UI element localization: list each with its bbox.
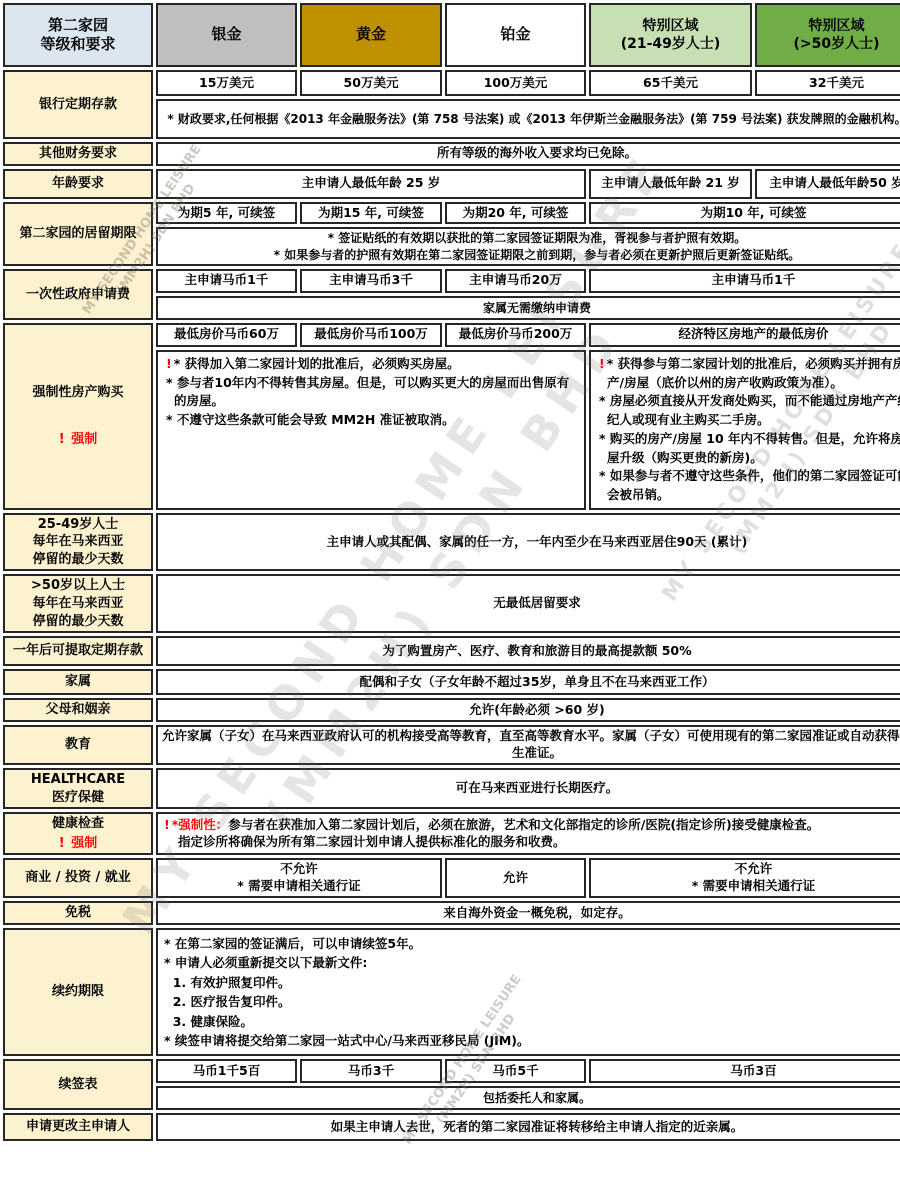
row-label-education: 教育	[3, 725, 153, 765]
residence-gold: 为期15 年, 可续签	[300, 202, 442, 225]
age-main-tiers: 主申请人最低年龄 25 岁	[156, 169, 586, 199]
residence-platinum: 为期20 年, 可续签	[445, 202, 586, 225]
property-mandatory-badge: ! 强制	[9, 431, 147, 449]
row-label-parents: 父母和姻亲	[3, 698, 153, 722]
gov-fee-platinum: 主申请马币20万	[445, 269, 586, 293]
deposit-sz-21-49: 65千美元	[589, 70, 752, 96]
exclamation-icon: !	[59, 836, 65, 851]
row-label-property: 强制性房产购买 ! 强制	[3, 323, 153, 510]
deposit-note: * 财政要求,任何根据《2013 年金融服务法》(第 758 号法案) 或《20…	[156, 99, 900, 139]
row-label-healthcare: HEALTHCARE 医疗保健	[3, 768, 153, 809]
row-tax: 免税 来自海外资金一概免税，如定存。	[3, 901, 900, 925]
gov-fee-silver: 主申请马币1千	[156, 269, 297, 293]
mandatory-text: 强制	[71, 836, 97, 851]
row-label-deposit: 银行定期存款	[3, 70, 153, 139]
health-check-line2: 指定诊所将确保为所有第二家园计划申请人提供标准化的服务和收费。	[164, 834, 900, 851]
renewal-fee-gold: 马币3千	[300, 1059, 442, 1083]
row-label-dependents: 家属	[3, 669, 153, 695]
parents-text: 允许(年龄必须 >60 岁)	[156, 698, 900, 722]
property-price-special-zones: 经济特区房地产的最低房价	[589, 323, 900, 347]
property-price-platinum: 最低房价马币200万	[445, 323, 586, 347]
label-line: >50岁以上人士	[9, 577, 147, 595]
row-label-tax: 免税	[3, 901, 153, 925]
healthcare-text: 可在马来西亚进行长期医疗。	[156, 768, 900, 809]
row-age: 年龄要求 主申请人最低年龄 25 岁 主申请人最低年龄 21 岁 主申请人最低年…	[3, 169, 900, 199]
property-label-text: 强制性房产购买	[9, 384, 147, 402]
residence-note-line1: * 签证贴纸的有效期以获批的第二家园签证期限为准，胥视参与者护照有效期。	[162, 230, 900, 246]
business-silver-gold: 不允许 * 需要申请相关通行证	[156, 858, 442, 898]
row-label-business: 商业 / 投资 / 就业	[3, 858, 153, 898]
row-stay-25-49: 25-49岁人士 每年在马来西亚 停留的最少天数 主申请人或其配偶、家属的任一方…	[3, 513, 900, 572]
row-residence-durations: 第二家园的居留期限 为期5 年, 可续签 为期15 年, 可续签 为期20 年,…	[3, 202, 900, 225]
other-financial-text: 所有等级的海外收入要求均已免除。	[156, 142, 900, 166]
stay-over-50-text: 无最低居留要求	[156, 574, 900, 633]
row-deposit-values: 银行定期存款 15万美元 50万美元 100万美元 65千美元 32千美元	[3, 70, 900, 96]
column-header-label: 黄金	[306, 25, 436, 45]
business-status: 不允许	[162, 861, 436, 878]
property-rule: * 参与者10年内不得转售其房屋。但是，可以购买更大的房屋而出售原有的房屋。	[164, 374, 578, 412]
column-header-sub: (>50岁人士)	[761, 35, 900, 53]
mandatory-text: 强制	[71, 432, 97, 447]
label-line: 25-49岁人士	[9, 516, 147, 534]
tax-text: 来自海外资金一概免税，如定存。	[156, 901, 900, 925]
row-healthcare: HEALTHCARE 医疗保健 可在马来西亚进行长期医疗。	[3, 768, 900, 809]
mandatory-prefix: *强制性：	[172, 817, 229, 832]
label-line: 每年在马来西亚	[9, 595, 147, 613]
property-rule-text: * 获得参与第二家园计划的批准后，必须购买并拥有房产/房屋（底价以州的房产收购政…	[607, 356, 900, 390]
withdrawal-text: 为了购置房产、医疗、教育和旅游目的最高提款额 50%	[156, 636, 900, 666]
row-label-change-applicant: 申请更改主申请人	[3, 1113, 153, 1141]
row-education: 教育 允许家属（子女）在马来西亚政府认可的机构接受高等教育，直至高等教育水平。家…	[3, 725, 900, 765]
renewal-term-line: 2. 医疗报告复印件。	[164, 992, 900, 1011]
column-header-silver: 银金	[156, 3, 297, 67]
column-header-gold: 黄金	[300, 3, 442, 67]
renewal-fee-special-zones: 马币3百	[589, 1059, 900, 1083]
business-special-zones: 不允许 * 需要申请相关通行证	[589, 858, 900, 898]
property-rule: !* 获得加入第二家园计划的批准后，必须购买房屋。	[164, 355, 578, 374]
label-line: 停留的最少天数	[9, 551, 147, 569]
age-sz-21-49: 主申请人最低年龄 21 岁	[589, 169, 752, 199]
residence-note: * 签证贴纸的有效期以获批的第二家园签证期限为准，胥视参与者护照有效期。 * 如…	[156, 227, 900, 265]
mm2h-comparison-page: MY SECOND HOME LEISURE (MM2H) SDN BHD MY…	[0, 0, 900, 1200]
row-label-renewal-fee: 续签表	[3, 1059, 153, 1110]
corner-header: 第二家园 等级和要求	[3, 3, 153, 67]
business-note: * 需要申请相关通行证	[595, 878, 900, 895]
row-business: 商业 / 投资 / 就业 不允许 * 需要申请相关通行证 允许 不允许 * 需要…	[3, 858, 900, 898]
label-line: 健康检查	[9, 815, 147, 833]
health-check-text: !*强制性：参与者在获准加入第二家园计划后，必须在旅游，艺术和文化部指定的诊所/…	[156, 812, 900, 855]
row-label-residence: 第二家园的居留期限	[3, 202, 153, 266]
row-label-health-check: 健康检查 ! 强制	[3, 812, 153, 855]
column-header-sub: (21-49岁人士)	[595, 35, 746, 53]
age-sz-over-50: 主申请人最低年龄50 岁	[755, 169, 900, 199]
row-renewal-fee-values: 续签表 马币1千5百 马币3千 马币5千 马币3百	[3, 1059, 900, 1083]
property-rule: * 不遵守这些条款可能会导致 MM2H 准证被取消。	[164, 411, 578, 430]
column-header-platinum: 铂金	[445, 3, 586, 67]
property-rule: * 房屋必须直接从开发商处购买，而不能通过房地产产经纪人或现有业主购买二手房。	[597, 392, 900, 430]
dependents-text: 配偶和子女（子女年龄不超过35岁，单身且不在马来西亚工作）	[156, 669, 900, 695]
business-note: * 需要申请相关通行证	[162, 878, 436, 895]
residence-note-line2: * 如果参与者的护照有效期在第二家园签证期限之前到期，参与者必须在更新护照后更新…	[162, 247, 900, 263]
exclamation-icon: !	[59, 432, 65, 447]
health-check-line1-text: 参与者在获准加入第二家园计划后，必须在旅游，艺术和文化部指定的诊所/医院(指定诊…	[228, 817, 819, 832]
corner-header-line1: 第二家园	[9, 16, 147, 36]
deposit-sz-over-50: 32千美元	[755, 70, 900, 96]
renewal-term-line: * 续签申请将提交给第二家园一站式中心/马来西亚移民局 (JIM)。	[164, 1031, 900, 1050]
residence-silver: 为期5 年, 可续签	[156, 202, 297, 225]
gov-fee-gold: 主申请马币3千	[300, 269, 442, 293]
stay-25-49-text: 主申请人或其配偶、家属的任一方，一年内至少在马来西亚居住90天 (累计)	[156, 513, 900, 572]
property-rules-main-tiers: !* 获得加入第二家园计划的批准后，必须购买房屋。 * 参与者10年内不得转售其…	[156, 350, 586, 510]
row-label-renewal-terms: 续约期限	[3, 928, 153, 1056]
residence-special-zones: 为期10 年, 可续签	[589, 202, 900, 225]
corner-header-line2: 等级和要求	[9, 35, 147, 55]
property-rule: !* 获得参与第二家园计划的批准后，必须购买并拥有房产/房屋（底价以州的房产收购…	[597, 355, 900, 393]
renewal-term-line: * 在第二家园的签证满后，可以申请续签5年。	[164, 934, 900, 953]
deposit-gold: 50万美元	[300, 70, 442, 96]
education-text: 允许家属（子女）在马来西亚政府认可的机构接受高等教育，直至高等教育水平。家属（子…	[156, 725, 900, 765]
gov-fee-special-zones: 主申请马币1千	[589, 269, 900, 293]
row-change-applicant: 申请更改主申请人 如果主申请人去世，死者的第二家园准证将转移给主申请人指定的近亲…	[3, 1113, 900, 1141]
row-health-check: 健康检查 ! 强制 !*强制性：参与者在获准加入第二家园计划后，必须在旅游，艺术…	[3, 812, 900, 855]
renewal-fee-silver: 马币1千5百	[156, 1059, 297, 1083]
deposit-silver: 15万美元	[156, 70, 297, 96]
renewal-fee-platinum: 马币5千	[445, 1059, 586, 1083]
property-rule-text: * 获得加入第二家园计划的批准后，必须购买房屋。	[174, 356, 460, 371]
row-label-gov-fee: 一次性政府申请费	[3, 269, 153, 320]
business-status: 不允许	[595, 861, 900, 878]
row-label-stay-over-50: >50岁以上人士 每年在马来西亚 停留的最少天数	[3, 574, 153, 633]
exclamation-icon: !	[164, 817, 170, 832]
column-header-label: 铂金	[451, 25, 580, 45]
renewal-term-line: * 申请人必须重新提交以下最新文件:	[164, 953, 900, 972]
row-label-stay-25-49: 25-49岁人士 每年在马来西亚 停留的最少天数	[3, 513, 153, 572]
business-platinum: 允许	[445, 858, 586, 898]
exclamation-icon: !	[166, 356, 172, 371]
column-header-label: 特别区域	[761, 17, 900, 35]
row-label-other-financial: 其他财务要求	[3, 142, 153, 166]
change-applicant-text: 如果主申请人去世，死者的第二家园准证将转移给主申请人指定的近亲属。	[156, 1113, 900, 1141]
property-price-silver: 最低房价马币60万	[156, 323, 297, 347]
property-rule: * 如果参与者不遵守这些条件，他们的第二家园签证可能会被吊销。	[597, 467, 900, 505]
health-check-line1: !*强制性：参与者在获准加入第二家园计划后，必须在旅游，艺术和文化部指定的诊所/…	[164, 817, 900, 834]
label-line: 医疗保健	[9, 789, 147, 807]
property-price-gold: 最低房价马币100万	[300, 323, 442, 347]
label-line: 停留的最少天数	[9, 613, 147, 631]
label-line: HEALTHCARE	[9, 771, 147, 789]
header-row: 第二家园 等级和要求 银金 黄金 铂金 特别区域 (21-49岁人士) 特别区域…	[3, 3, 900, 67]
column-header-special-zone-21-49: 特别区域 (21-49岁人士)	[589, 3, 752, 67]
renewal-terms-list: * 在第二家园的签证满后，可以申请续签5年。 * 申请人必须重新提交以下最新文件…	[156, 928, 900, 1056]
row-stay-over-50: >50岁以上人士 每年在马来西亚 停留的最少天数 无最低居留要求	[3, 574, 900, 633]
renewal-term-line: 1. 有效护照复印件。	[164, 973, 900, 992]
property-rule: * 购买的房产/房屋 10 年内不得转售。但是，允许将房屋升级（购买更贵的新房)…	[597, 430, 900, 468]
column-header-label: 银金	[162, 25, 291, 45]
row-label-age: 年龄要求	[3, 169, 153, 199]
row-label-withdrawal: 一年后可提取定期存款	[3, 636, 153, 666]
row-gov-fee-values: 一次性政府申请费 主申请马币1千 主申请马币3千 主申请马币20万 主申请马币1…	[3, 269, 900, 293]
renewal-fee-note: 包括委托人和家属。	[156, 1086, 900, 1110]
row-other-financial: 其他财务要求 所有等级的海外收入要求均已免除。	[3, 142, 900, 166]
property-rules-special-zones: !* 获得参与第二家园计划的批准后，必须购买并拥有房产/房屋（底价以州的房产收购…	[589, 350, 900, 510]
column-header-label: 特别区域	[595, 17, 746, 35]
health-check-mandatory-badge: ! 强制	[9, 835, 147, 853]
column-header-special-zone-over-50: 特别区域 (>50岁人士)	[755, 3, 900, 67]
gov-fee-note: 家属无需缴纳申请费	[156, 296, 900, 320]
renewal-term-line: 3. 健康保险。	[164, 1012, 900, 1031]
row-dependents: 家属 配偶和子女（子女年龄不超过35岁，单身且不在马来西亚工作）	[3, 669, 900, 695]
label-line: 每年在马来西亚	[9, 533, 147, 551]
exclamation-icon: !	[599, 356, 605, 371]
row-withdrawal: 一年后可提取定期存款 为了购置房产、医疗、教育和旅游目的最高提款额 50%	[3, 636, 900, 666]
row-property-prices: 强制性房产购买 ! 强制 最低房价马币60万 最低房价马币100万 最低房价马币…	[3, 323, 900, 347]
mm2h-tier-comparison-table: 第二家园 等级和要求 银金 黄金 铂金 特别区域 (21-49岁人士) 特别区域…	[0, 0, 900, 1144]
row-parents: 父母和姻亲 允许(年龄必须 >60 岁)	[3, 698, 900, 722]
row-renewal-terms: 续约期限 * 在第二家园的签证满后，可以申请续签5年。 * 申请人必须重新提交以…	[3, 928, 900, 1056]
deposit-platinum: 100万美元	[445, 70, 586, 96]
